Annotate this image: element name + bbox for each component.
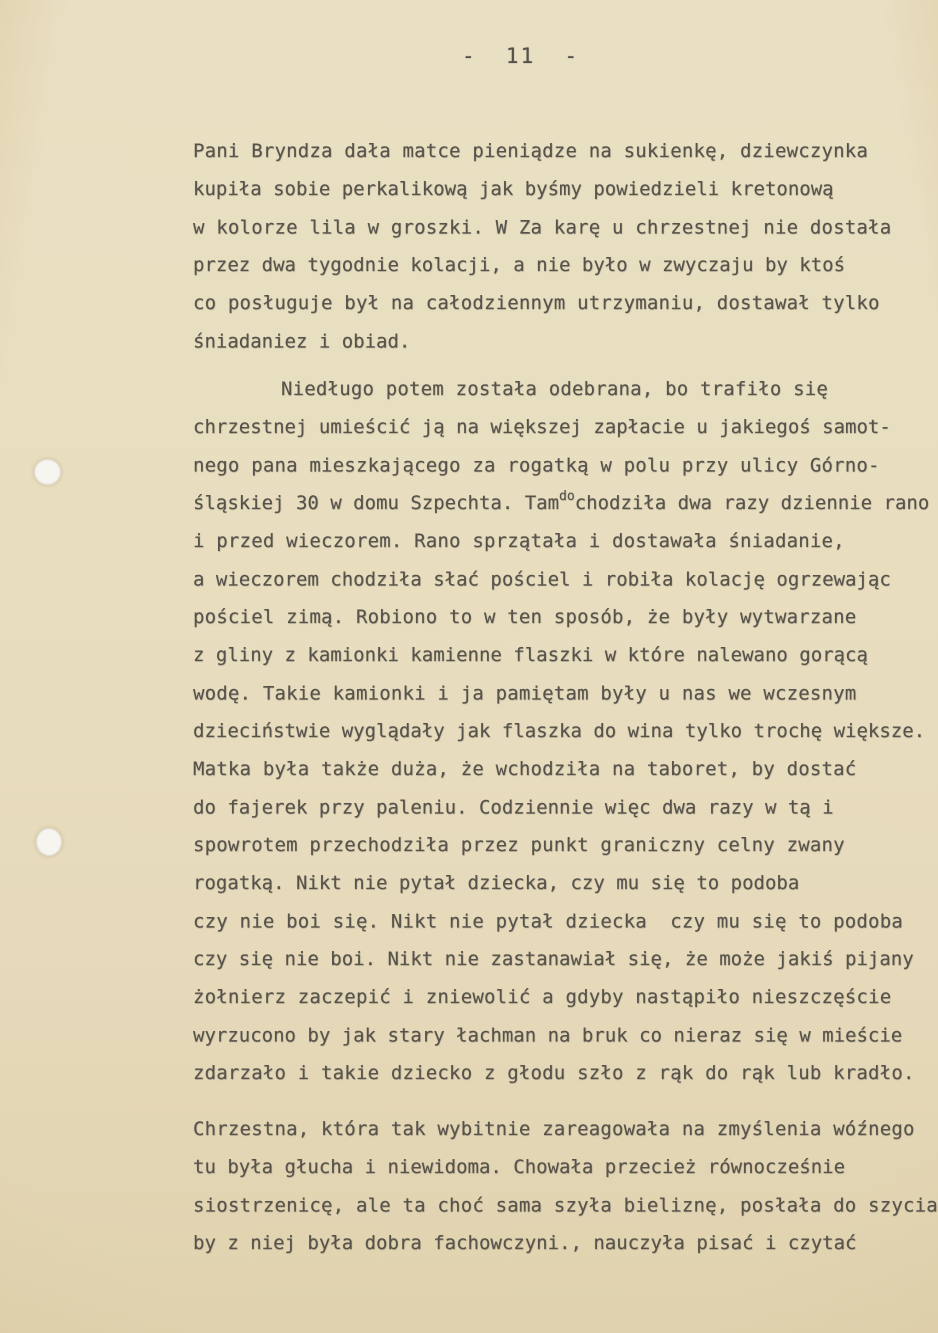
paragraph: Pani Bryndza dała matce pieniądze na suk… bbox=[193, 132, 937, 360]
text-line: Pani Bryndza dała matce pieniądze na suk… bbox=[193, 132, 937, 170]
text-line: do fajerek przy paleniu. Codziennie więc… bbox=[193, 789, 937, 827]
text-line: zdarzało i takie dziecko z głodu szło z … bbox=[193, 1054, 937, 1092]
text-line: Matka była także duża, że wchodziła na t… bbox=[193, 750, 937, 788]
text-line: przez dwa tygodnie kolacji, a nie było w… bbox=[193, 246, 937, 284]
text-line: nego pana mieszkającego za rogatką w pol… bbox=[193, 447, 937, 485]
text-line: siostrzenicę, ale ta choć sama szyła bie… bbox=[193, 1187, 937, 1225]
text-line: Chrzestna, która tak wybitnie zareagował… bbox=[193, 1110, 937, 1148]
text-line: a wieczorem chodziła słać pościel i robi… bbox=[193, 561, 937, 599]
text-line: śniadaniez i obiad. bbox=[193, 323, 937, 361]
text-line: kupiła sobie perkalikową jak byśmy powie… bbox=[193, 170, 937, 208]
superscript-insertion: do bbox=[559, 489, 575, 504]
text-line: wodę. Takie kamionki i ja pamiętam były … bbox=[193, 675, 937, 713]
punch-hole bbox=[34, 459, 61, 485]
text-line: wyrzucono by jak stary łachman na bruk c… bbox=[193, 1017, 937, 1055]
text-line: z gliny z kamionki kamienne flaszki w kt… bbox=[193, 636, 937, 674]
punch-hole bbox=[36, 828, 62, 856]
text-line: pościel zimą. Robiono to w ten sposób, ż… bbox=[193, 598, 937, 636]
paragraph: Niedługo potem została odebrana, bo traf… bbox=[193, 370, 937, 1092]
text-body: Pani Bryndza dała matce pieniądze na suk… bbox=[193, 132, 937, 1262]
text-segment: śląskiej 30 w domu Szpechta. Tam bbox=[193, 492, 559, 514]
text-line: by z niej była dobra fachowczyni., naucz… bbox=[193, 1224, 937, 1262]
text-line: czy nie boi się. Nikt nie pytał dziecka … bbox=[193, 903, 937, 941]
text-line: żołnierz zaczepić i zniewolić a gdyby na… bbox=[193, 978, 937, 1016]
text-line: tu była głucha i niewidoma. Chowała prze… bbox=[193, 1148, 937, 1186]
paragraph: Chrzestna, która tak wybitnie zareagował… bbox=[193, 1110, 937, 1262]
page-number: - 11 - bbox=[462, 44, 579, 68]
text-line: dzieciństwie wyglądały jak flaszka do wi… bbox=[193, 712, 937, 750]
text-line: co posługuje był na całodziennym utrzyma… bbox=[193, 284, 937, 322]
text-line: i przed wieczorem. Rano sprzątała i dost… bbox=[193, 522, 937, 560]
text-line: rogatką. Nikt nie pytał dziecka, czy mu … bbox=[193, 864, 937, 902]
text-line: Niedługo potem została odebrana, bo traf… bbox=[193, 370, 937, 408]
text-segment: chodziła dwa razy dziennie rano i bbox=[575, 492, 938, 514]
text-line: chrzestnej umieścić ją na większej zapła… bbox=[193, 408, 937, 446]
text-line: czy się nie boi. Nikt nie zastanawiał si… bbox=[193, 940, 937, 978]
text-line: śląskiej 30 w domu Szpechta. Tamdochodzi… bbox=[193, 484, 937, 522]
text-line: spowrotem przechodziła przez punkt grani… bbox=[193, 826, 937, 864]
text-line: w kolorze lila w groszki. W Za karę u ch… bbox=[193, 209, 937, 247]
